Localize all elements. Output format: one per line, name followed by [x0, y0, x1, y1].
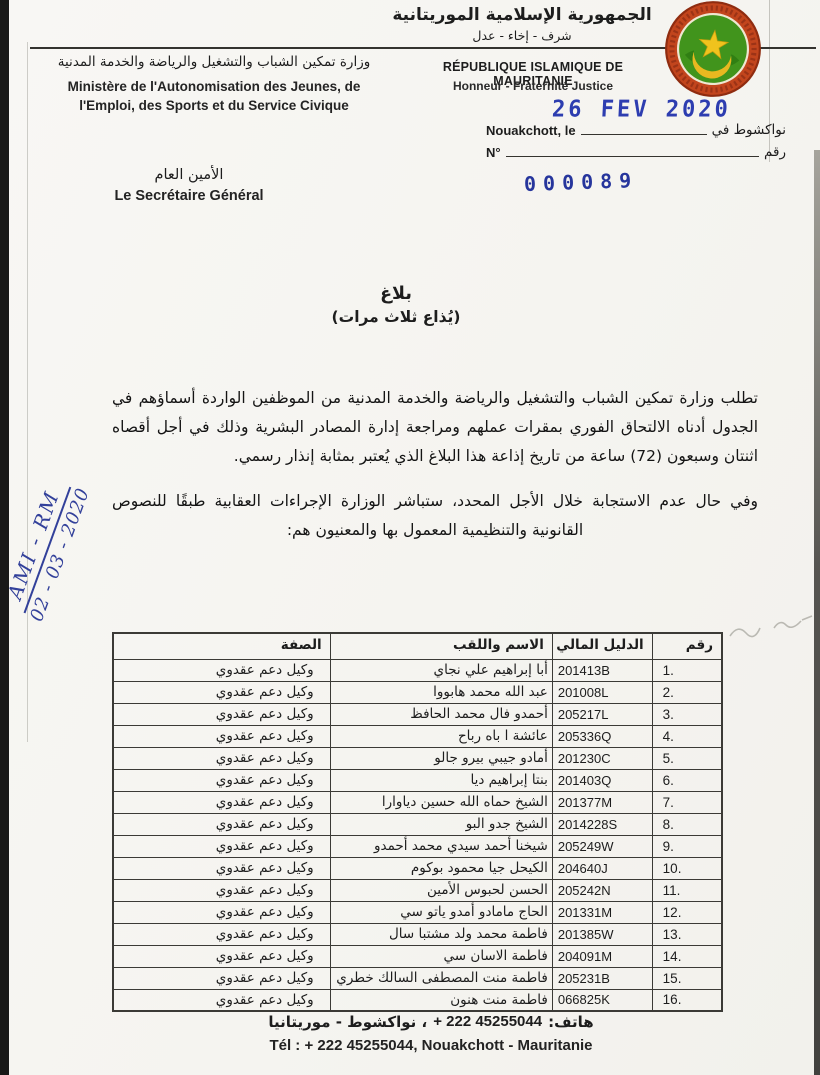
cell-role: وكيل دعم عقدوي — [113, 989, 330, 1011]
city-label-french: Nouakchott, le — [486, 123, 576, 138]
table-row: 7.201377Mالشيخ حماه الله حسين دياواراوكي… — [113, 791, 722, 813]
cell-id: 066825K — [552, 989, 652, 1011]
footer-phone-prefix-ar: هاتف: — [548, 1013, 594, 1031]
cell-id: 201008L — [552, 681, 652, 703]
table-row: 11.205242Nالحسن لحبوس الأمينوكيل دعم عقد… — [113, 879, 722, 901]
cell-num: 2. — [652, 681, 722, 703]
cell-num: 8. — [652, 813, 722, 835]
table-row: 16.066825Kفاطمة منت هنونوكيل دعم عقدوي — [113, 989, 722, 1011]
cell-name: عائشة ا باه رباح — [330, 725, 552, 747]
pencil-marks — [726, 606, 818, 646]
footer-phone-french: Tél : + 222 45255044, Nouakchott - Mauri… — [108, 1037, 754, 1054]
cell-role: وكيل دعم عقدوي — [113, 967, 330, 989]
cell-name: فاطمة الاسان سي — [330, 945, 552, 967]
cell-id: 201413B — [552, 659, 652, 681]
cell-role: وكيل دعم عقدوي — [113, 857, 330, 879]
table-row: 10.204640Jالكيحل جيا محمود بوكوموكيل دعم… — [113, 857, 722, 879]
scanned-official-document: الجمهورية الإسلامية الموريتانية شرف - إخ… — [0, 0, 820, 1075]
cell-name: شيخنا أحمد سيدي محمد أحمدو — [330, 835, 552, 857]
table-row: 14.204091Mفاطمة الاسان سيوكيل دعم عقدوي — [113, 945, 722, 967]
body-paragraph-1: تطلب وزارة تمكين الشباب والتشغيل والرياض… — [112, 384, 758, 471]
ministry-title-french-line2: l'Emploi, des Sports et du Service Civiq… — [33, 96, 395, 115]
date-stamp: 26 FEV 2020 — [551, 96, 731, 122]
city-label-arabic: نواكشوط في — [712, 122, 786, 138]
cell-num: 16. — [652, 989, 722, 1011]
cell-id: 205217L — [552, 703, 652, 725]
cell-name: الشيخ حماه الله حسين دياوارا — [330, 791, 552, 813]
cell-id: 201331M — [552, 901, 652, 923]
staff-table: رقم الدليل المالي الاسم واللقب الصفة 1.2… — [112, 632, 723, 1012]
scan-edge-left — [0, 0, 9, 1075]
column-header-name: الاسم واللقب — [330, 633, 552, 659]
secretary-general-arabic: الأمين العام — [58, 167, 320, 183]
cell-name: عبد الله محمد هابووا — [330, 681, 552, 703]
cell-role: وكيل دعم عقدوي — [113, 879, 330, 901]
cell-role: وكيل دعم عقدوي — [113, 659, 330, 681]
table-row: 13.201385Wفاطمة محمد ولد مشتبا سالوكيل د… — [113, 923, 722, 945]
cell-role: وكيل دعم عقدوي — [113, 813, 330, 835]
table-row: 12.201331Mالحاج مامادو أمدو ياتو سيوكيل … — [113, 901, 722, 923]
cell-id: 205249W — [552, 835, 652, 857]
cell-role: وكيل دعم عقدوي — [113, 835, 330, 857]
number-label-arabic: رقم — [764, 144, 786, 160]
cell-num: 3. — [652, 703, 722, 725]
table-row: 6.201403Qبنتا إبراهيم دياوكيل دعم عقدوي — [113, 769, 722, 791]
cell-name: أحمدو فال محمد الحافظ — [330, 703, 552, 725]
reference-number-line: N° رقم — [486, 144, 786, 160]
cell-num: 4. — [652, 725, 722, 747]
secretary-general-french: Le Secrétaire Général — [58, 188, 320, 204]
table-row: 15.205231Bفاطمة منت المصطفى السالك خطريو… — [113, 967, 722, 989]
cell-id: 205336Q — [552, 725, 652, 747]
ministry-title-french-line1: Ministère de l'Autonomisation des Jeunes… — [33, 77, 395, 96]
table-row: 8.2014228Sالشيخ جدو البووكيل دعم عقدوي — [113, 813, 722, 835]
cell-num: 1. — [652, 659, 722, 681]
cell-name: فاطمة منت هنون — [330, 989, 552, 1011]
blank-line — [581, 123, 707, 135]
cell-name: أبا إبراهيم علي نجاي — [330, 659, 552, 681]
cell-role: وكيل دعم عقدوي — [113, 681, 330, 703]
cell-name: فاطمة محمد ولد مشتبا سال — [330, 923, 552, 945]
cell-num: 7. — [652, 791, 722, 813]
column-header-role: الصفة — [113, 633, 330, 659]
cell-role: وكيل دعم عقدوي — [113, 725, 330, 747]
ministry-title-french: Ministère de l'Autonomisation des Jeunes… — [33, 77, 395, 115]
mauritania-emblem-seal — [659, 0, 767, 103]
table-row: 2.201008Lعبد الله محمد هابوواوكيل دعم عق… — [113, 681, 722, 703]
margin-handwritten-note: AMI - RM 02 - 03 - 2020 — [0, 422, 113, 676]
cell-num: 13. — [652, 923, 722, 945]
cell-num: 11. — [652, 879, 722, 901]
column-header-financial-id: الدليل المالي — [552, 633, 652, 659]
table-row: 9.205249Wشيخنا أحمد سيدي محمد أحمدووكيل … — [113, 835, 722, 857]
table-header-row: رقم الدليل المالي الاسم واللقب الصفة — [113, 633, 722, 659]
cell-id: 205242N — [552, 879, 652, 901]
cell-role: وكيل دعم عقدوي — [113, 791, 330, 813]
cell-id: 204091M — [552, 945, 652, 967]
number-label-french: N° — [486, 145, 501, 160]
cell-role: وكيل دعم عقدوي — [113, 769, 330, 791]
footer-phone-suffix-ar: ، نواكشوط - موريتانيا — [268, 1013, 427, 1031]
cell-num: 15. — [652, 967, 722, 989]
cell-num: 6. — [652, 769, 722, 791]
footer-phone-arabic: هاتف: + 222 45255044 ، نواكشوط - موريتان… — [108, 1013, 754, 1031]
cell-num: 9. — [652, 835, 722, 857]
document-subtitle: (يُذاع ثلاث مرات) — [270, 308, 522, 326]
table-row: 4.205336Qعائشة ا باه رباحوكيل دعم عقدوي — [113, 725, 722, 747]
cell-id: 2014228S — [552, 813, 652, 835]
national-motto-arabic: شرف - إخاء - عدل — [388, 28, 656, 43]
cell-role: وكيل دعم عقدوي — [113, 923, 330, 945]
reference-number-stamp: 000089 — [524, 168, 639, 196]
cell-role: وكيل دعم عقدوي — [113, 945, 330, 967]
cell-id: 205231B — [552, 967, 652, 989]
cell-name: أمادو جيبي بيرو جالو — [330, 747, 552, 769]
national-motto-french: Honneur - Fraternité Justice — [406, 79, 660, 93]
cell-role: وكيل دعم عقدوي — [113, 901, 330, 923]
table-row: 5.201230Cأمادو جيبي بيرو جالووكيل دعم عق… — [113, 747, 722, 769]
cell-id: 201385W — [552, 923, 652, 945]
table-row: 3.205217Lأحمدو فال محمد الحافظوكيل دعم ع… — [113, 703, 722, 725]
cell-id: 201403Q — [552, 769, 652, 791]
staff-table-body: 1.201413Bأبا إبراهيم علي نجايوكيل دعم عق… — [113, 659, 722, 1011]
cell-id: 201230C — [552, 747, 652, 769]
ministry-title-arabic: وزارة تمكين الشباب والتشغيل والرياضة وال… — [33, 54, 395, 70]
republic-title-arabic: الجمهورية الإسلامية الموريتانية — [388, 5, 656, 25]
cell-role: وكيل دعم عقدوي — [113, 703, 330, 725]
city-date-line: Nouakchott, le نواكشوط في — [486, 122, 786, 138]
document-title: بلاغ — [270, 284, 522, 304]
cell-num: 10. — [652, 857, 722, 879]
cell-num: 5. — [652, 747, 722, 769]
cell-id: 204640J — [552, 857, 652, 879]
blank-line — [506, 145, 759, 157]
body-paragraph-2: وفي حال عدم الاستجابة خلال الأجل المحدد،… — [112, 487, 758, 545]
cell-role: وكيل دعم عقدوي — [113, 747, 330, 769]
cell-num: 12. — [652, 901, 722, 923]
cell-num: 14. — [652, 945, 722, 967]
cell-name: الحاج مامادو أمدو ياتو سي — [330, 901, 552, 923]
table-row: 1.201413Bأبا إبراهيم علي نجايوكيل دعم عق… — [113, 659, 722, 681]
cell-name: الحسن لحبوس الأمين — [330, 879, 552, 901]
cell-name: فاطمة منت المصطفى السالك خطري — [330, 967, 552, 989]
column-header-number: رقم — [652, 633, 722, 659]
footer-phone-number: + 222 45255044 — [433, 1013, 542, 1031]
cell-id: 201377M — [552, 791, 652, 813]
cell-name: بنتا إبراهيم ديا — [330, 769, 552, 791]
cell-name: الكيحل جيا محمود بوكوم — [330, 857, 552, 879]
cell-name: الشيخ جدو البو — [330, 813, 552, 835]
